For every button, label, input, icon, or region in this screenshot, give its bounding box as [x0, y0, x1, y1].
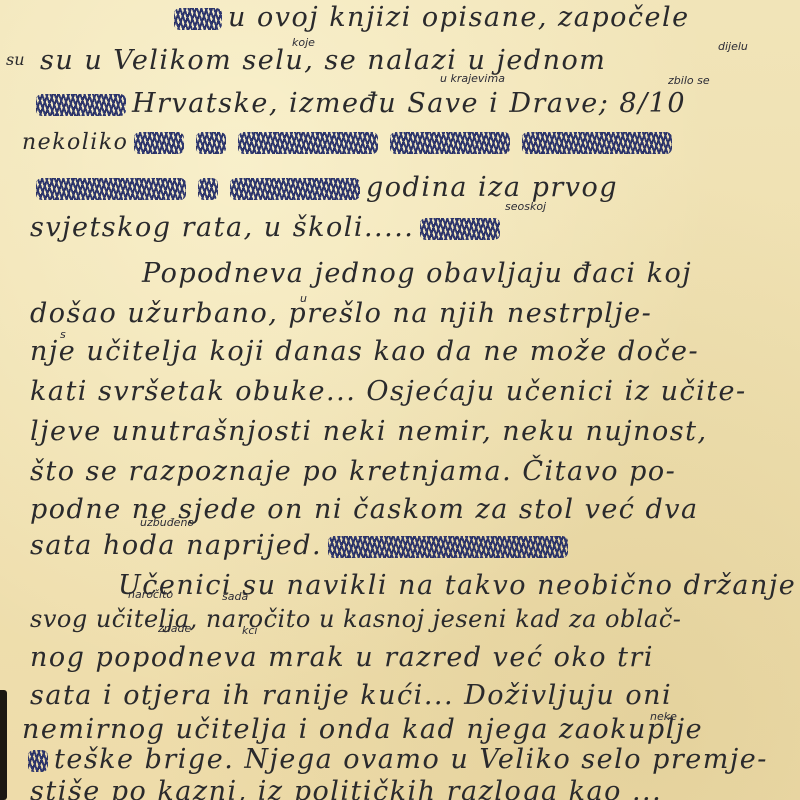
manuscript-line-16: svog učitelja, naročito u kasnoj jeseni …: [30, 605, 681, 633]
strikeout-scribble: [28, 750, 48, 772]
line-text: došao užurbano, prešlo na njih nestrplje…: [30, 298, 652, 329]
line-text: teške brige. Njega ovamo u Veliko selo p…: [54, 744, 768, 775]
line-text: podne ne sjede on ni časkom za stol već …: [30, 494, 699, 525]
line-text: svog učitelja, naročito u kasnoj jeseni …: [30, 605, 681, 633]
strikeout-scribble: [36, 178, 186, 200]
line-text: stiše po kazni, iz političkih razloga ka…: [30, 776, 662, 800]
line-text: godina iza prvog: [366, 172, 618, 203]
insertion-note: naročito: [128, 588, 173, 601]
manuscript-line-6: svjetskog rata, u školi.....: [30, 212, 506, 243]
line-text: sata hoda naprijed.: [30, 530, 322, 561]
manuscript-line-12: što se razpoznaje po kretnjama. Čitavo p…: [30, 456, 676, 487]
manuscript-line-2: su u Velikom selu, se nalazi u jednom: [40, 45, 606, 76]
manuscript-line-21: stiše po kazni, iz političkih razloga ka…: [30, 776, 662, 800]
strikeout-scribble: [238, 132, 378, 154]
manuscript-page: u ovoj knjizi opisane, započele su su u …: [0, 0, 800, 800]
manuscript-line-18: sata i otjera ih ranije kući... Doživlju…: [30, 680, 672, 711]
manuscript-line-3: Hrvatske, između Save i Drave; 8/10: [30, 88, 686, 119]
manuscript-line-19: nemirnog učitelja i onda kad njega zaoku…: [22, 714, 703, 745]
line-text: su u Velikom selu, se nalazi u jednom: [40, 45, 606, 76]
margin-note: su: [6, 50, 25, 69]
line-text: Učenici su navikli na takvo neobično drž…: [118, 570, 796, 601]
manuscript-line-8: došao užurbano, prešlo na njih nestrplje…: [30, 298, 652, 329]
strikeout-scribble: [134, 132, 184, 154]
insertion-note: s: [60, 328, 66, 341]
manuscript-line-4: nekoliko: [22, 130, 678, 155]
line-text: Popodneva jednog obavljaju đaci koj: [142, 258, 692, 289]
insertion-note: sada: [222, 590, 248, 603]
book-binding-edge: [0, 690, 7, 800]
insertion-note: zbilo se: [668, 74, 710, 87]
line-text: nemirnog učitelja i onda kad njega zaoku…: [22, 714, 703, 745]
strikeout-scribble: [174, 8, 222, 30]
insertion-note: seoskoj: [505, 200, 546, 213]
strikeout-scribble: [420, 218, 500, 240]
insertion-note: dijelu: [718, 40, 748, 53]
insertion-note: u krajevima: [440, 72, 505, 85]
manuscript-line-13: podne ne sjede on ni časkom za stol već …: [30, 494, 699, 525]
manuscript-line-1: u ovoj knjizi opisane, započele: [168, 2, 690, 33]
strikeout-scribble: [198, 178, 218, 200]
insertion-note: u: [300, 292, 307, 305]
insertion-note: uzbuđeno: [140, 516, 194, 529]
line-text: nog popodneva mrak u razred već oko tri: [30, 642, 654, 673]
line-text: u ovoj knjizi opisane, započele: [228, 2, 690, 33]
insertion-note: neke: [650, 710, 677, 723]
insertion-note: kći: [242, 624, 257, 637]
insertion-note: koje: [292, 36, 315, 49]
manuscript-line-15: Učenici su navikli na takvo neobično drž…: [118, 570, 796, 601]
line-text: nje učitelja koji danas kao da ne može d…: [30, 336, 699, 367]
strikeout-scribble: [230, 178, 360, 200]
manuscript-line-10: kati svršetak obuke... Osjećaju učenici …: [30, 376, 747, 407]
strikeout-scribble: [196, 132, 226, 154]
line-text: kati svršetak obuke... Osjećaju učenici …: [30, 376, 747, 407]
line-text: nekoliko: [22, 130, 128, 155]
manuscript-line-17: nog popodneva mrak u razred već oko tri: [30, 642, 654, 673]
manuscript-line-11: ljeve unutrašnjosti neki nemir, neku nuj…: [30, 416, 708, 447]
strikeout-scribble: [36, 94, 126, 116]
line-text: sata i otjera ih ranije kući... Doživlju…: [30, 680, 672, 711]
manuscript-line-9: nje učitelja koji danas kao da ne može d…: [30, 336, 699, 367]
line-text: što se razpoznaje po kretnjama. Čitavo p…: [30, 456, 676, 487]
manuscript-line-5: godina iza prvog: [30, 172, 618, 203]
line-text: Hrvatske, između Save i Drave; 8/10: [132, 88, 686, 119]
strikeout-scribble: [328, 536, 568, 558]
insertion-note: znade: [158, 622, 191, 635]
line-text: ljeve unutrašnjosti neki nemir, neku nuj…: [30, 416, 708, 447]
manuscript-line-7: Popodneva jednog obavljaju đaci koj: [142, 258, 692, 289]
manuscript-line-20: teške brige. Njega ovamo u Veliko selo p…: [22, 744, 768, 775]
strikeout-scribble: [390, 132, 510, 154]
strikeout-scribble: [522, 132, 672, 154]
line-text: svjetskog rata, u školi.....: [30, 212, 414, 243]
manuscript-line-14: sata hoda naprijed.: [30, 530, 574, 561]
